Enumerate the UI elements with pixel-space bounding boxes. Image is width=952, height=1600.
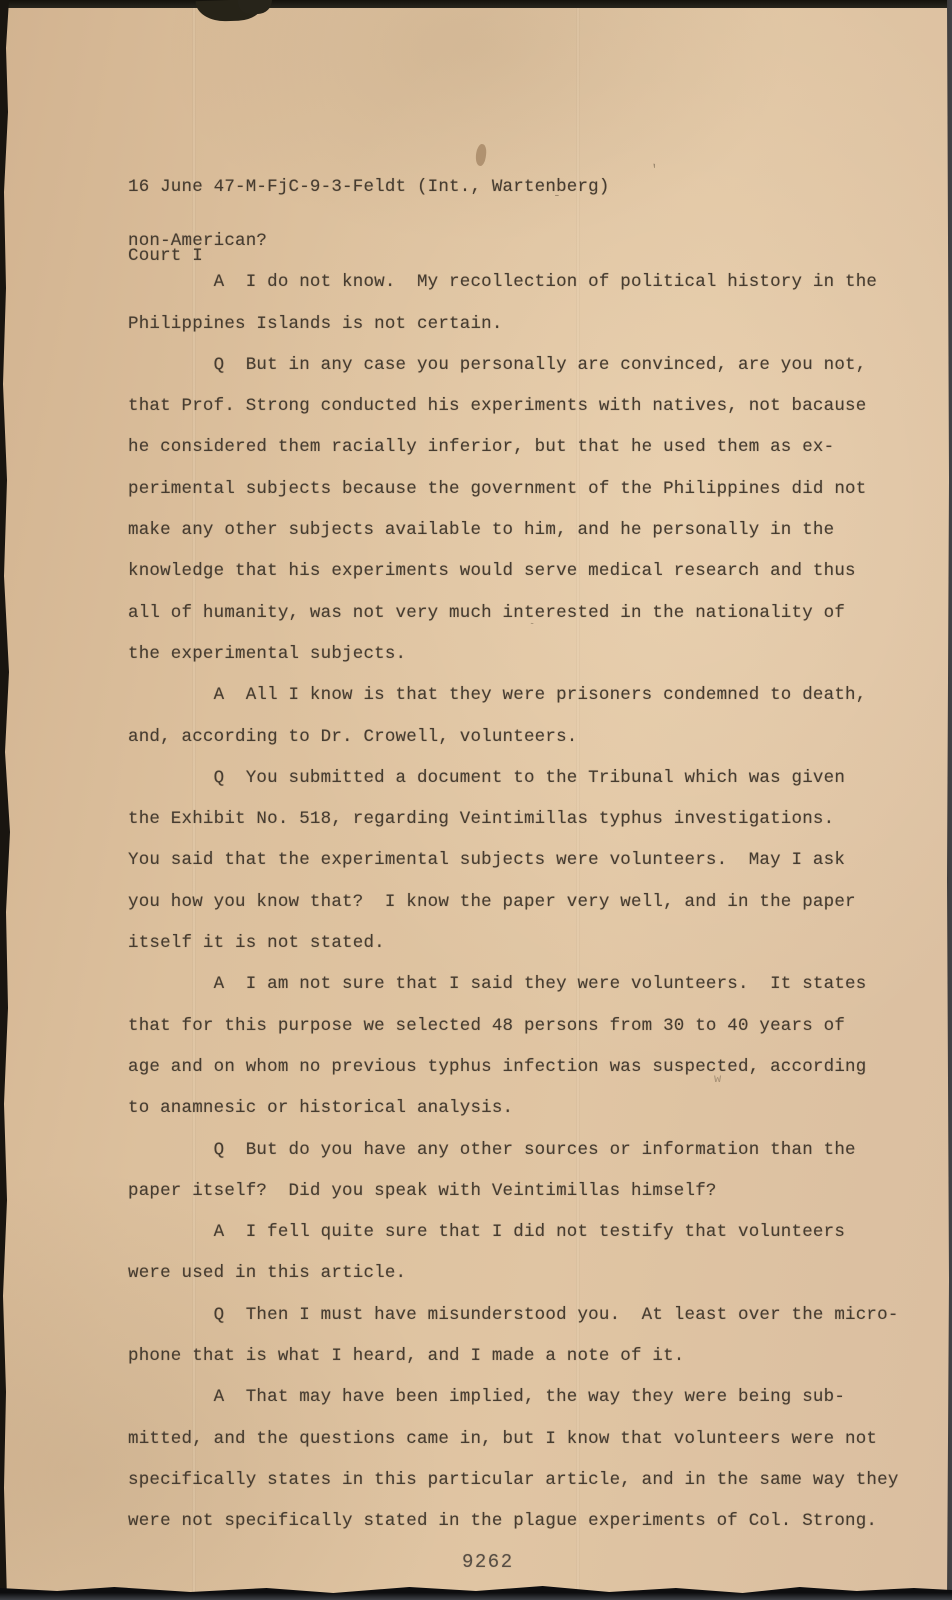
transcript-line: make any other subjects available to him… [128,510,918,551]
transcript-line: were used in this article. [128,1253,918,1294]
transcript-line: paper itself? Did you speak with Veintim… [128,1171,918,1212]
transcript-line: itself it is not stated. [128,923,918,964]
transcript-line: were not specifically stated in the plag… [128,1501,918,1542]
transcript-line: he considered them racially inferior, bu… [128,427,918,468]
scan-speck: · [694,1222,702,1237]
transcript-line: A All I know is that they were prisoners… [128,675,918,716]
transcript-line: age and on whom no previous typhus infec… [128,1047,918,1088]
transcript-line: all of humanity, was not very much inter… [128,593,918,634]
transcript-line: A I am not sure that I said they were vo… [128,964,918,1005]
transcript-line: Q But in any case you personally are con… [128,345,918,386]
transcript-line: the Exhibit No. 518, regarding Veintimil… [128,799,918,840]
transcript-line: Philippines Islands is not certain. [128,304,918,345]
scan-speck: · [836,358,844,373]
transcript-line: A That may have been implied, the way th… [128,1377,918,1418]
scanned-page: 16 June 47-M-FjC-9-3-Feldt (Int., Warten… [0,0,952,1600]
transcript-line: phone that is what I heard, and I made a… [128,1336,918,1377]
transcript-line: specifically states in this particular a… [128,1460,918,1501]
transcript-line: that Prof. Strong conducted his experime… [128,386,918,427]
transcript-line: that for this purpose we selected 48 per… [128,1006,918,1047]
transcript-line: mitted, and the questions came in, but I… [128,1419,918,1460]
scan-edge-top [0,0,952,8]
header-citation-line: 16 June 47-M-FjC-9-3-Feldt (Int., Warten… [128,176,610,199]
transcript-body: non-American? A I do not know. My recoll… [128,221,918,1543]
transcript-line: Q Then I must have misunderstood you. At… [128,1295,918,1336]
transcript-line: Q You submitted a document to the Tribun… [128,758,918,799]
page-number: 9262 [462,1551,514,1573]
scan-speck: w [714,1072,721,1086]
transcript-line: A I fell quite sure that I did not testi… [128,1212,918,1253]
transcript-line: perimental subjects because the governme… [128,469,918,510]
transcript-line: non-American? [128,221,918,262]
transcript-line: you how you know that? I know the paper … [128,882,918,923]
transcript-line: Q But do you have any other sources or i… [128,1130,918,1171]
transcript-line: to anamnesic or historical analysis. [128,1088,918,1129]
transcript-line: and, according to Dr. Crowell, volunteer… [128,717,918,758]
transcript-line: A I do not know. My recollection of poli… [128,262,918,303]
transcript-line: the experimental subjects. [128,634,918,675]
transcript-line: You said that the experimental subjects … [128,840,918,881]
scan-speck: - [553,188,561,203]
transcript-line: knowledge that his experiments would ser… [128,551,918,592]
